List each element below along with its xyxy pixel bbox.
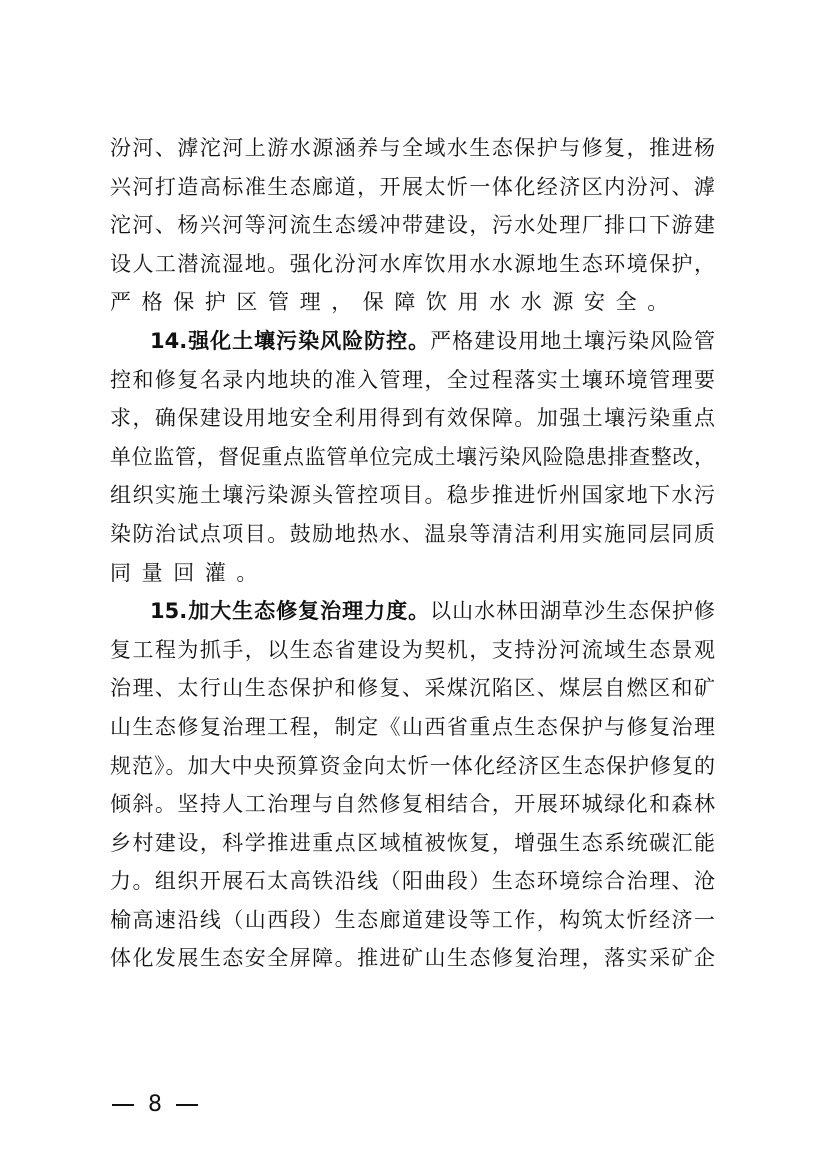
text-line: 力。组织开展石太高铁沿线（阳曲段）生态环境综合治理、沧	[110, 862, 715, 901]
dash-left	[112, 1104, 134, 1106]
text-line: 同量回灌。	[110, 554, 715, 593]
text-span: 严格建设用地土壤污染风险管	[430, 329, 715, 353]
document-body: 汾河、滹沱河上游水源涵养与全域水生态保护与修复，推进杨 兴河打造高标准生态廊道，…	[110, 129, 715, 978]
text-line: 设人工潜流湿地。强化汾河水库饮用水水源地生态环境保护，	[110, 245, 715, 284]
text-line: 乡村建设，科学推进重点区域植被恢复，增强生态系统碳汇能	[110, 824, 715, 863]
text-line: 沱河、杨兴河等河流生态缓冲带建设，污水处理厂排口下游建	[110, 206, 715, 245]
document-page: 汾河、滹沱河上游水源涵养与全域水生态保护与修复，推进杨 兴河打造高标准生态廊道，…	[0, 0, 826, 1169]
text-line: 山生态修复治理工程，制定《山西省重点生态保护与修复治理	[110, 708, 715, 747]
page-number: 8	[148, 1092, 162, 1117]
text-span: 以山水林田湖草沙生态保护修	[430, 599, 715, 623]
text-line: 治理、太行山生态保护和修复、采煤沉陷区、煤层自燃区和矿	[110, 669, 715, 708]
section-14-heading: 14.强化土壤污染风险防控。	[150, 329, 430, 353]
page-footer: 8	[112, 1092, 198, 1117]
text-line: 染防治试点项目。鼓励地热水、温泉等清洁利用实施同层同质	[110, 515, 715, 554]
text-line: 单位监管，督促重点监管单位完成土壤污染风险隐患排查整改，	[110, 438, 715, 477]
section-15-first-line: 15.加大生态修复治理力度。以山水林田湖草沙生态保护修	[110, 592, 715, 631]
text-line: 规范》。加大中央预算资金向太忻一体化经济区生态保护修复的	[110, 747, 715, 786]
text-line: 组织实施土壤污染源头管控项目。稳步推进忻州国家地下水污	[110, 476, 715, 515]
text-line: 控和修复名录内地块的准入管理，全过程落实土壤环境管理要	[110, 361, 715, 400]
section-14-first-line: 14.强化土壤污染风险防控。严格建设用地土壤污染风险管	[110, 322, 715, 361]
text-line: 汾河、滹沱河上游水源涵养与全域水生态保护与修复，推进杨	[110, 129, 715, 168]
text-line: 倾斜。坚持人工治理与自然修复相结合，开展环城绿化和森林	[110, 785, 715, 824]
text-line: 严格保护区管理，保障饮用水水源安全。	[110, 283, 715, 322]
dash-right	[176, 1104, 198, 1106]
text-line: 复工程为抓手，以生态省建设为契机，支持汾河流域生态景观	[110, 631, 715, 670]
text-line: 兴河打造高标准生态廊道，开展太忻一体化经济区内汾河、滹	[110, 168, 715, 207]
text-line: 体化发展生态安全屏障。推进矿山生态修复治理，落实采矿企	[110, 939, 715, 978]
section-15-heading: 15.加大生态修复治理力度。	[150, 599, 430, 623]
text-line: 榆高速沿线（山西段）生态廊道建设等工作，构筑太忻经济一	[110, 901, 715, 940]
text-line: 求，确保建设用地安全利用得到有效保障。加强土壤污染重点	[110, 399, 715, 438]
